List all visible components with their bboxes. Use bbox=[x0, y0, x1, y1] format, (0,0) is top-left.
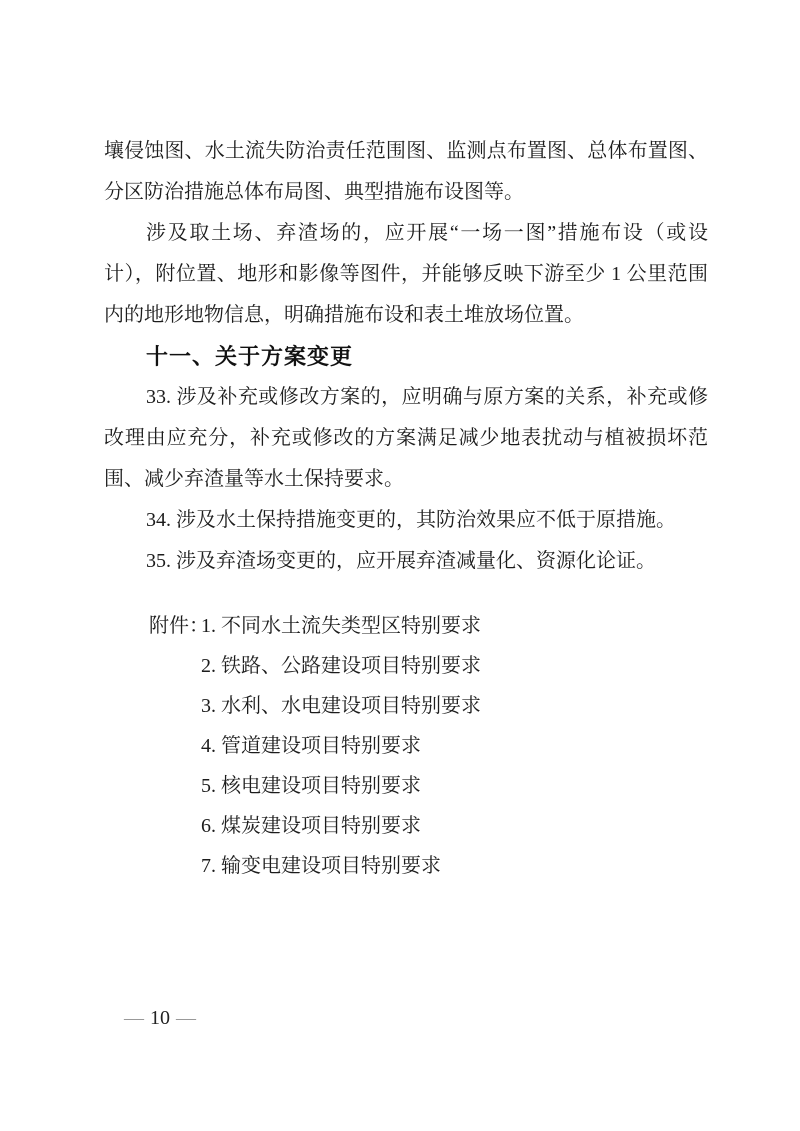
footer-dash-left: — bbox=[124, 1007, 144, 1029]
attachment-item-5: 5. 核电建设项目特别要求 bbox=[201, 766, 708, 806]
page-footer: —10— bbox=[124, 1004, 196, 1032]
item-33: 33. 涉及补充或修改方案的，应明确与原方案的关系，补充或修改理由应充分，补充或… bbox=[104, 377, 708, 500]
document-page: 壤侵蚀图、水土流失防治责任范围图、监测点布置图、总体布置图、分区防治措施总体布局… bbox=[0, 0, 800, 1131]
attachment-item-6: 6. 煤炭建设项目特别要求 bbox=[201, 806, 708, 846]
attachment-item-2: 2. 铁路、公路建设项目特别要求 bbox=[201, 646, 708, 686]
attachment-item-3: 3. 水利、水电建设项目特别要求 bbox=[201, 686, 708, 726]
section-heading-plan-changes: 十一、关于方案变更 bbox=[104, 336, 708, 377]
attachments-label: 附件： bbox=[149, 606, 209, 646]
paragraph-borrow-spoil-sites: 涉及取土场、弃渣场的，应开展“一场一图”措施布设（或设计），附位置、地形和影像等… bbox=[104, 213, 708, 336]
item-34: 34. 涉及水土保持措施变更的，其防治效果应不低于原措施。 bbox=[104, 500, 708, 541]
item-35: 35. 涉及弃渣场变更的，应开展弃渣减量化、资源化论证。 bbox=[104, 541, 708, 582]
page-number: 10 bbox=[150, 1007, 170, 1029]
attachment-item-4: 4. 管道建设项目特别要求 bbox=[201, 726, 708, 766]
page-content: 壤侵蚀图、水土流失防治责任范围图、监测点布置图、总体布置图、分区防治措施总体布局… bbox=[104, 131, 708, 886]
paragraph-figures-continuation: 壤侵蚀图、水土流失防治责任范围图、监测点布置图、总体布置图、分区防治措施总体布局… bbox=[104, 131, 708, 213]
attachment-item-7: 7. 输变电建设项目特别要求 bbox=[201, 846, 708, 886]
attachment-item-1: 1. 不同水土流失类型区特别要求 bbox=[201, 606, 708, 646]
footer-dash-right: — bbox=[176, 1007, 196, 1029]
attachments-list: 附件： 1. 不同水土流失类型区特别要求 2. 铁路、公路建设项目特别要求 3.… bbox=[104, 606, 708, 886]
